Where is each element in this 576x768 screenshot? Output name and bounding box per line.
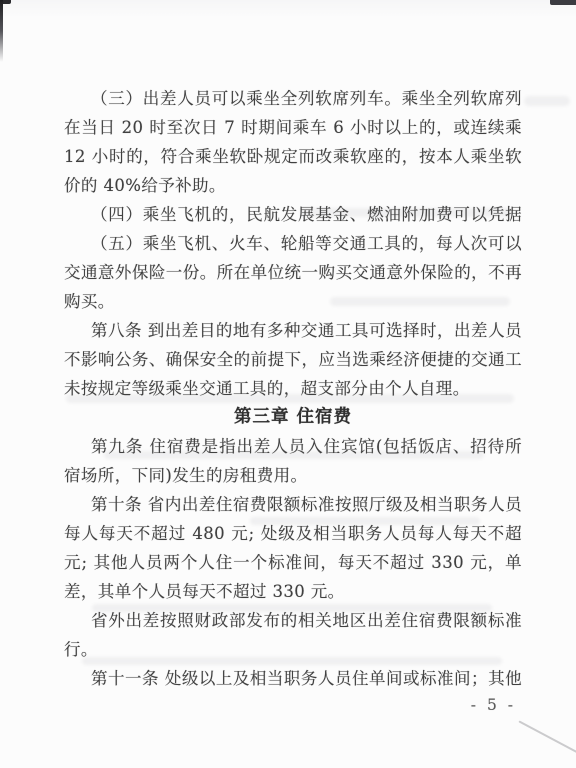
text-line: 行。	[64, 635, 522, 664]
text-line: 购买。	[64, 287, 522, 316]
document-body: （三）出差人员可以乘坐全列软席列车。乘坐全列软席列车， 在当日 20 时至次日 …	[64, 84, 522, 693]
page-number: - 5 -	[471, 696, 516, 714]
scan-edge-artifact-left	[0, 0, 3, 62]
text-line: 省外出差按照财政部发布的相关地区出差住宿费限额标准执	[64, 606, 522, 635]
text-line: 每人每天不超过 480 元; 处级及相当职务人员每人每天不超过 330	[64, 519, 522, 548]
text-line: 交通意外保险一份。所在单位统一购买交通意外保险的，不再重复	[64, 258, 522, 287]
text-line: 价的 40%给予补助。	[64, 171, 522, 200]
text-line: 不影响公务、确保安全的前提下，应当选乘经济便捷的交通工具。	[64, 345, 522, 374]
text-line: 在当日 20 时至次日 7 时期间乘车 6 小时以上的，或连续乘车超过	[64, 113, 522, 142]
chapter-heading: 第三章 住宿费	[64, 403, 522, 432]
bleed-through-artifact	[524, 96, 570, 106]
text-line: （三）出差人员可以乘坐全列软席列车。乘坐全列软席列车，	[64, 84, 522, 113]
text-line: 差，其单个人员每天不超过 330 元。	[64, 577, 522, 606]
text-line: 12 小时的，符合乘坐软卧规定而改乘软座的，按本人乘坐软座票	[64, 142, 522, 171]
text-line: 第十一条 处级以上及相当职务人员住单间或标准间；其他人	[64, 664, 522, 693]
scan-corner-mark-top-right	[550, 0, 576, 5]
text-line: 第十条 省内出差住宿费限额标准按照厅级及相当职务人员	[64, 490, 522, 519]
text-line: 宿场所，下同)发生的房租费用。	[64, 461, 522, 490]
text-line: 元; 其他人员两个人住一个标准间，每天不超过 330 元，单数人出	[64, 548, 522, 577]
text-line: 第九条 住宿费是指出差人员入住宾馆(包括饭店、招待所等住	[64, 432, 522, 461]
text-line: （四）乘坐飞机的，民航发展基金、燃油附加费可以凭据报销。	[64, 200, 522, 229]
scanned-document-page: （三）出差人员可以乘坐全列软席列车。乘坐全列软席列车， 在当日 20 时至次日 …	[0, 0, 576, 768]
text-line: 未按规定等级乘坐交通工具的，超支部分由个人自理。	[64, 374, 522, 403]
scan-line-artifact-bottom-right	[518, 720, 576, 761]
text-line: 第八条 到出差目的地有多种交通工具可选择时，出差人员在	[64, 316, 522, 345]
text-line: （五）乘坐飞机、火车、轮船等交通工具的，每人次可以购买	[64, 229, 522, 258]
